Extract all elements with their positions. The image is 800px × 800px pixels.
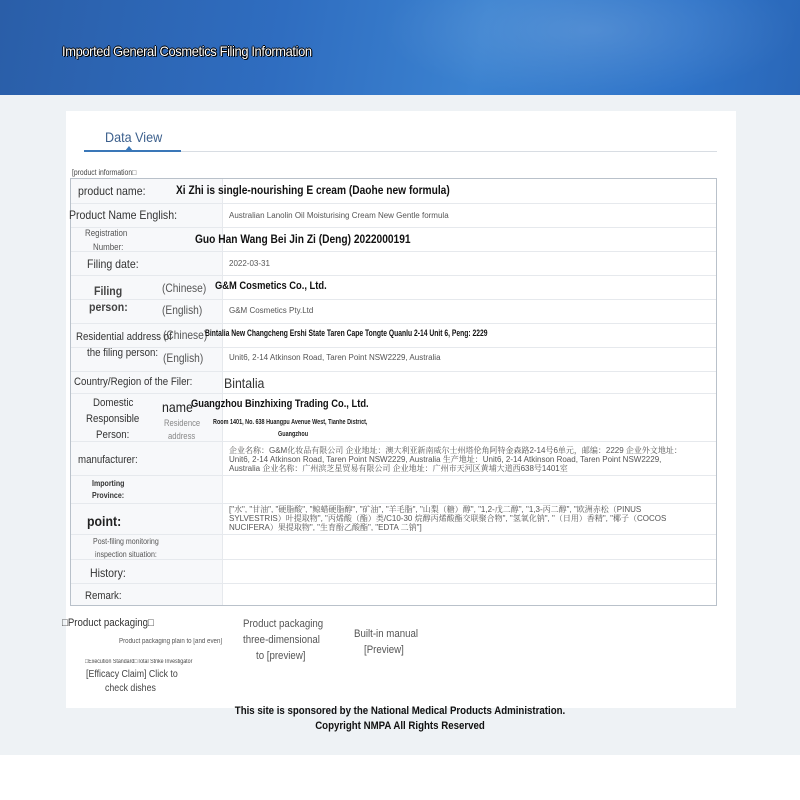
header-banner: Imported General Cosmetics Filing Inform…	[0, 0, 800, 95]
label-domestic-responsible-2: Responsible	[86, 413, 139, 425]
label-post-filing-2: inspection situation:	[95, 550, 157, 559]
tab-divider	[181, 151, 717, 152]
built-in-manual-preview-link[interactable]: [Preview]	[364, 644, 404, 656]
value-country-region: Bintalia	[224, 375, 264, 391]
tag-filing-person-chinese: (Chinese)	[162, 281, 206, 295]
footer-text: This site is sponsored by the National M…	[215, 704, 585, 734]
label-filing-date: Filing date:	[87, 257, 139, 271]
value-filing-date: 2022-03-31	[229, 259, 270, 268]
tag-residence-address-2: address	[168, 431, 195, 441]
efficacy-claim-link[interactable]: [Efficacy Claim] Click to	[86, 669, 178, 680]
value-manufacturer: 企业名称：G&M化妆品有限公司 企业地址：澳大利亚新南威尔士州塔伦角阿特金森路2…	[229, 446, 689, 473]
execution-standard-label: □Execution Standard□Total Strike Investi…	[85, 659, 192, 665]
label-importing-province-2: Province:	[92, 491, 124, 500]
label-domestic-responsible-1: Domestic	[93, 397, 133, 409]
label-residential-address-1: Residential address of	[76, 331, 172, 343]
label-point: point:	[87, 513, 121, 529]
label-filing-person-1: Filing	[94, 284, 122, 298]
label-product-name: product name:	[78, 184, 146, 198]
value-point: ["水", "甘油", "硬脂酸", "鲸蜡硬脂醇", "矿油", "羊毛脂",…	[229, 505, 689, 532]
value-product-name-english: Australian Lanolin Oil Moisturising Crea…	[229, 211, 449, 220]
packaging-3d-link-2[interactable]: three-dimensional	[243, 634, 320, 646]
label-domestic-responsible-3: Person:	[96, 429, 129, 441]
tag-domestic-name: name	[162, 399, 193, 415]
label-registration-number-1: Registration	[85, 228, 127, 238]
built-in-manual-link[interactable]: Built-in manual	[354, 628, 418, 640]
page-title: Imported General Cosmetics Filing Inform…	[62, 43, 312, 59]
efficacy-claim-link-2[interactable]: check dishes	[105, 683, 156, 694]
tag-residential-address-english: (English)	[163, 351, 203, 365]
label-filing-person-2: person:	[89, 300, 128, 314]
packaging-3d-preview-link[interactable]: to [preview]	[256, 650, 306, 662]
value-residence-address-1: Room 1401, No. 638 Huangpu Avenue West, …	[213, 419, 367, 426]
product-packaging-plain-link[interactable]: Product packaging plain to [and even]	[119, 638, 222, 645]
tag-residence-address-1: Residence	[164, 418, 200, 428]
label-remark: Remark:	[85, 590, 122, 602]
label-post-filing-1: Post-filing monitoring	[93, 537, 159, 546]
tag-residential-address-chinese: (Chinese)	[163, 328, 207, 342]
value-residence-address-2: Guangzhou	[278, 431, 308, 438]
label-history: History:	[90, 566, 126, 580]
tag-filing-person-english: (English)	[162, 303, 202, 317]
label-importing-province-1: Importing	[92, 479, 124, 488]
value-filing-person-english: G&M Cosmetics Pty.Ltd	[229, 306, 313, 315]
label-product-name-english: Product Name English:	[69, 208, 177, 222]
section-label-product-information: [product information□	[72, 168, 136, 177]
value-domestic-name: Guangzhou Binzhixing Trading Co., Ltd.	[191, 398, 369, 410]
packaging-3d-link-1[interactable]: Product packaging	[243, 618, 323, 630]
label-residential-address-2: the filing person:	[87, 347, 158, 359]
value-filing-person-chinese: G&M Cosmetics Co., Ltd.	[215, 280, 327, 292]
label-registration-number-2: Number:	[93, 242, 123, 252]
footer-copyright: This site is sponsored by the National M…	[0, 704, 800, 734]
value-product-name: Xi Zhi is single-nourishing E cream (Dao…	[176, 183, 450, 197]
value-residential-address-english: Unit6, 2-14 Atkinson Road, Taren Point N…	[229, 353, 441, 362]
tab-caret-icon	[125, 146, 133, 151]
label-manufacturer: manufacturer:	[78, 454, 138, 466]
value-registration-number: Guo Han Wang Bei Jin Zi (Deng) 202200019…	[195, 232, 411, 246]
product-packaging-heading: □Product packaging□	[62, 617, 154, 629]
tab-data-view[interactable]: Data View	[105, 129, 162, 145]
label-country-region: Country/Region of the Filer:	[74, 376, 192, 388]
value-residential-address-chinese: Bintalia New Changcheng Ershi State Tare…	[205, 328, 488, 338]
